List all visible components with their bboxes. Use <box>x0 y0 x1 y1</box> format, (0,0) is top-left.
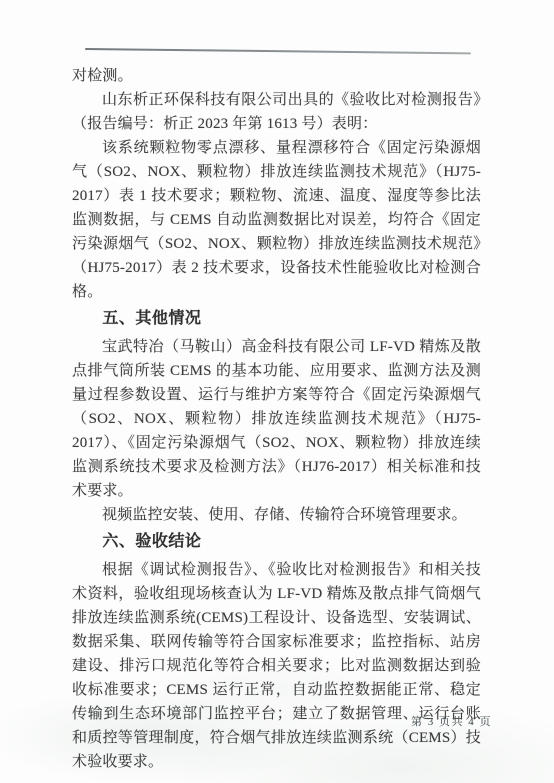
section-heading-other-situations: 五、其他情况 <box>72 307 481 331</box>
paragraph-continuation: 对检测。 <box>72 64 481 88</box>
document-body: 对检测。 山东析正环保科技有限公司出具的《验收比对检测报告》（报告编号：析正 2… <box>72 64 481 774</box>
paragraph-report-issuer: 山东析正环保科技有限公司出具的《验收比对检测报告》（报告编号：析正 2023 年… <box>72 88 481 136</box>
paragraph-cems-functions: 宝武特冶（马鞍山）高金科技有限公司 LF-VD 精炼及散点排气筒所装 CEMS … <box>72 335 481 503</box>
page-number-indicator: 第 3 页共 4 页 <box>411 713 492 729</box>
paragraph-conclusion: 根据《调试检测报告》、《验收比对检测报告》和相关技术资料，验收组现场核查认为 L… <box>72 558 481 774</box>
horizontal-rule <box>85 48 471 54</box>
paragraph-video-monitoring: 视频监控安装、使用、存储、传输符合环境管理要求。 <box>72 503 481 527</box>
scanned-document-page: 对检测。 山东析正环保科技有限公司出具的《验收比对检测报告》（报告编号：析正 2… <box>0 0 554 783</box>
paragraph-drift-results: 该系统颗粒物零点漂移、量程漂移符合《固定污染源烟气（SO2、NOX、颗粒物）排放… <box>72 136 481 304</box>
section-heading-acceptance-conclusion: 六、验收结论 <box>72 530 481 554</box>
